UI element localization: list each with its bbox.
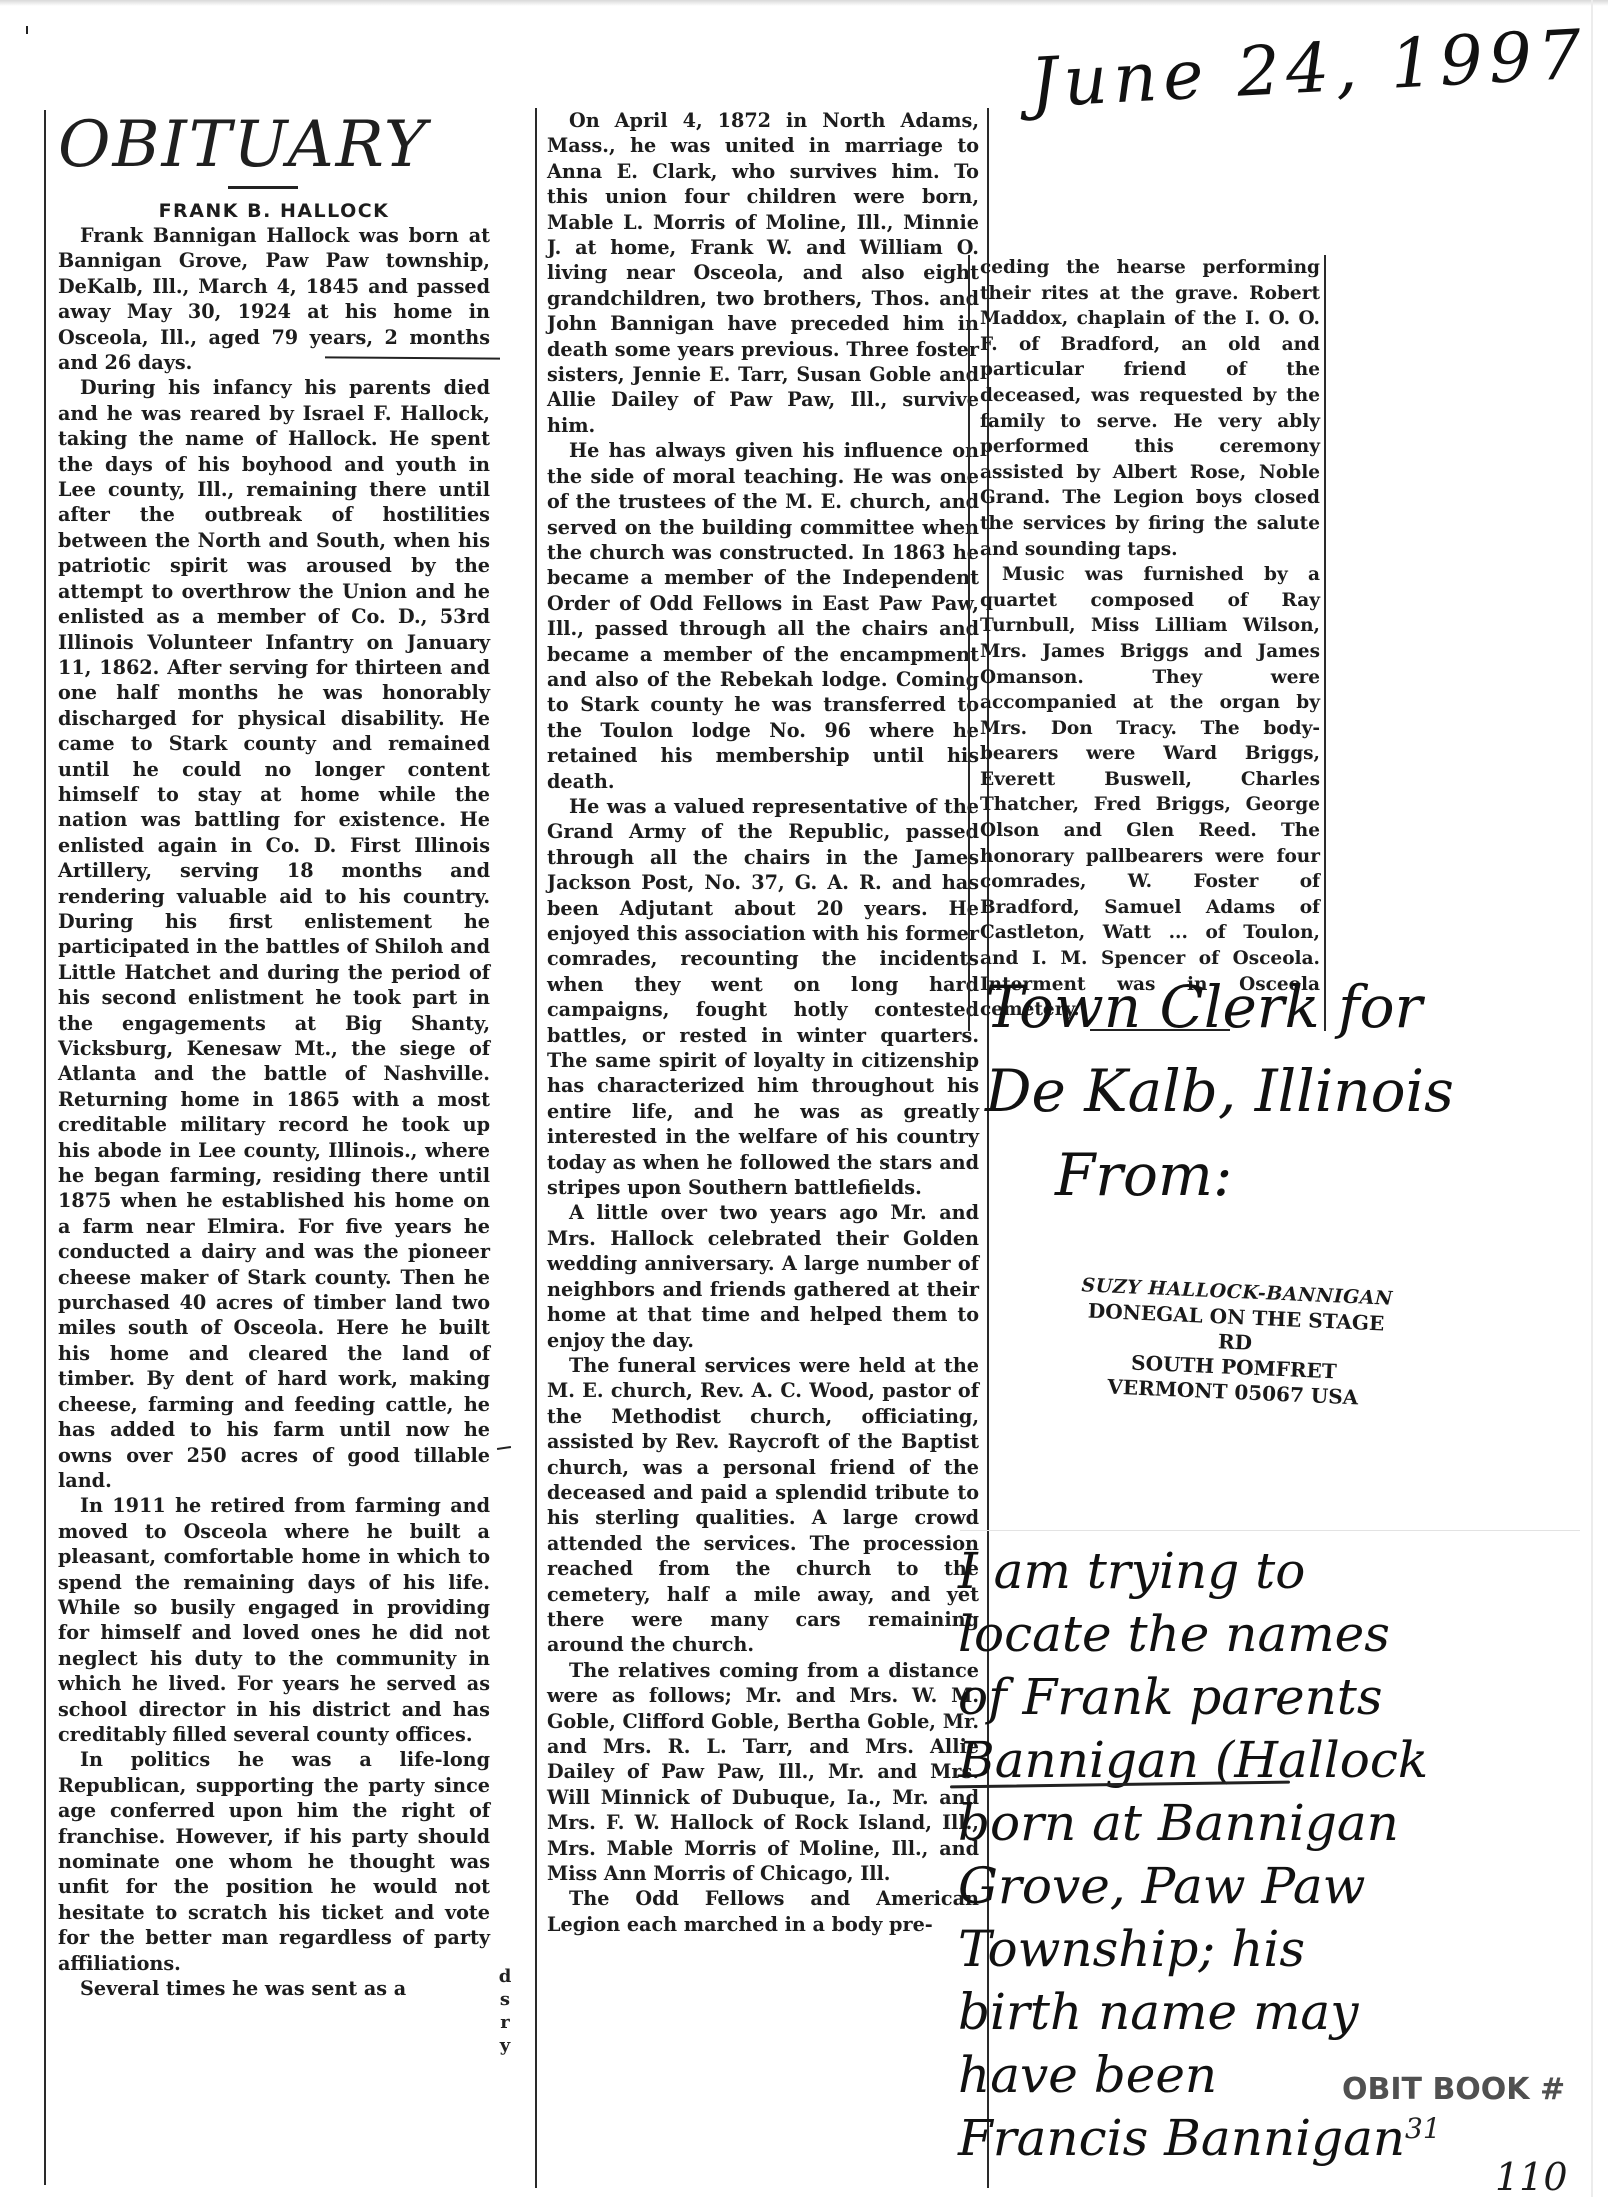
- obit-paragraph: He was a valued representative of the Gr…: [547, 794, 979, 1201]
- obit-paragraph: ceding the hearse performing their rites…: [980, 255, 1320, 562]
- request-line: birth name may: [958, 1981, 1428, 2044]
- request-line: Grove, Paw Paw: [958, 1855, 1428, 1918]
- obit-paragraph: Music was furnished by a quartet compose…: [980, 562, 1320, 1023]
- obit-paragraph: He has always given his influence on the…: [547, 438, 979, 794]
- obituary-title: OBITUARY: [58, 110, 490, 180]
- scan-mark: [26, 26, 28, 34]
- margin-mark: [497, 1446, 511, 1450]
- addressee-line: De Kalb, Illinois: [985, 1049, 1454, 1133]
- request-line: I am trying to: [958, 1540, 1428, 1603]
- addressee-line: Town Clerk for: [985, 965, 1454, 1049]
- obituary-column-2: On April 4, 1872 in North Adams, Mass., …: [535, 108, 989, 2188]
- obit-paragraph: The Odd Fellows and American Legion each…: [547, 1886, 979, 1937]
- obit-paragraph: During his infancy his parents died and …: [58, 375, 490, 1493]
- obit-paragraph: Several times he was sent as a: [58, 1976, 490, 2001]
- obit-paragraph: In 1911 he retired from farming and move…: [58, 1493, 490, 1747]
- book-number: 31: [1405, 2112, 1441, 2145]
- obituary-column-1: OBITUARY FRANK B. HALLOCK Frank Bannigan…: [44, 110, 496, 2185]
- handwritten-addressee: Town Clerk for De Kalb, Illinois From:: [985, 965, 1454, 1217]
- obit-paragraph: Frank Bannigan Hallock was born at Banni…: [58, 223, 490, 375]
- obit-paragraph: The relatives coming from a distance wer…: [547, 1658, 979, 1887]
- obit-paragraph: A little over two years ago Mr. and Mrs.…: [547, 1200, 979, 1352]
- title-rule: [228, 186, 298, 189]
- obit-book-stamp: OBIT BOOK #: [1342, 2072, 1565, 2107]
- request-line: born at Bannigan: [958, 1792, 1428, 1855]
- page-number: 110: [1495, 2155, 1568, 2197]
- scan-right-edge: [1591, 0, 1593, 2197]
- request-line: of Frank parents: [958, 1666, 1428, 1729]
- obit-paragraph: In politics he was a life-long Republica…: [58, 1747, 490, 1976]
- obit-paragraph: The funeral services were held at the M.…: [547, 1353, 979, 1658]
- obituary-column-3: ceding the hearse performing their rites…: [968, 255, 1326, 1031]
- scan-top-edge: [0, 0, 1608, 6]
- request-line: locate the names: [958, 1603, 1428, 1666]
- subject-name: FRANK B. HALLOCK: [58, 199, 490, 223]
- return-address-stamp: SUZY HALLOCK-BANNIGAN DONEGAL ON THE STA…: [1067, 1273, 1402, 1412]
- margin-fragment: d s r y: [497, 1965, 513, 2057]
- handwritten-date: June 24, 1997: [1028, 15, 1589, 123]
- note-divider: [960, 1530, 1580, 1531]
- request-line: Township; his: [958, 1918, 1428, 1981]
- request-line: Francis Bannigan: [958, 2107, 1428, 2170]
- obit-paragraph: On April 4, 1872 in North Adams, Mass., …: [547, 108, 979, 438]
- addressee-line: From:: [985, 1133, 1454, 1217]
